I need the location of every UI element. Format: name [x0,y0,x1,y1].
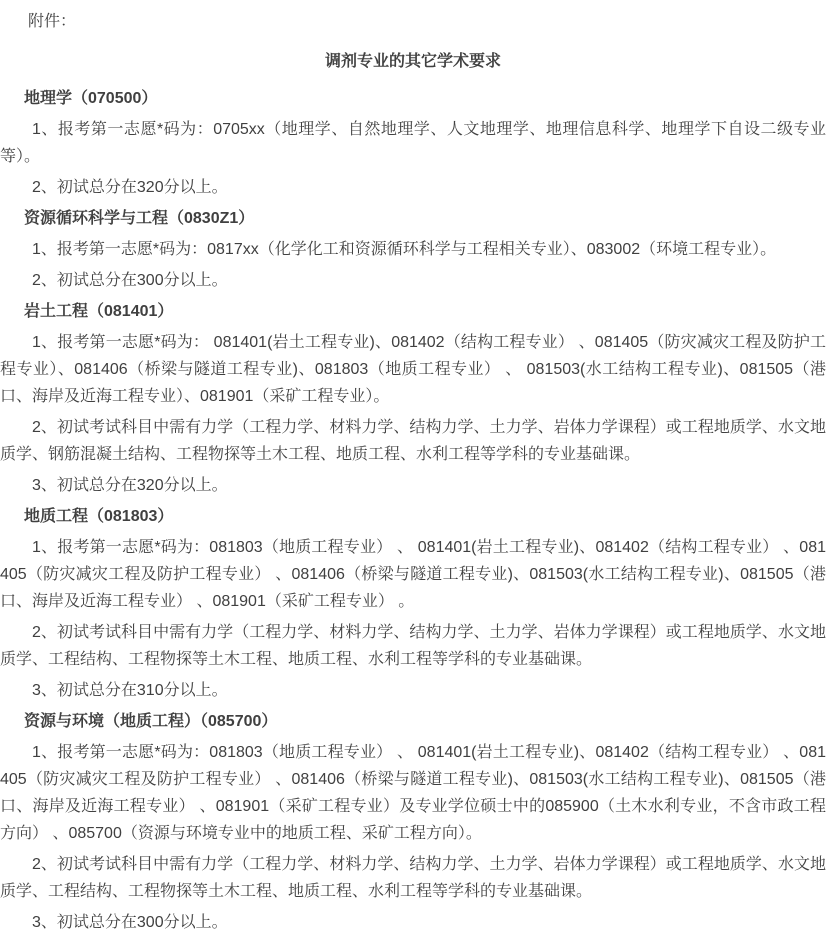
requirement-item: 1、报考第一志愿*码为：081803（地质工程专业） 、 081401(岩土工程… [0,739,826,847]
section-geological-engineering: 地质工程（081803） 1、报考第一志愿*码为：081803（地质工程专业） … [0,503,826,704]
section-heading: 资源与环境（地质工程）（085700） [0,708,826,735]
requirement-item: 2、初试考试科目中需有力学（工程力学、材料力学、结构力学、土力学、岩体力学课程）… [0,619,826,673]
section-resource-recycling: 资源循环科学与工程（0830Z1） 1、报考第一志愿*码为：0817xx（化学化… [0,205,826,294]
requirement-item: 1、报考第一志愿*码为：081803（地质工程专业） 、 081401(岩土工程… [0,534,826,615]
requirement-item: 2、初试总分在320分以上。 [0,174,826,201]
section-heading: 地理学（070500） [0,85,826,112]
section-heading: 岩土工程（081401） [0,298,826,325]
attachment-label: 附件： [0,8,826,35]
requirement-item: 3、初试总分在300分以上。 [0,909,826,936]
requirement-item: 1、报考第一志愿*码为：0705xx（地理学、自然地理学、人文地理学、地理信息科… [0,116,826,170]
section-geotechnical-engineering: 岩土工程（081401） 1、报考第一志愿*码为： 081401(岩土工程专业)… [0,298,826,499]
section-heading: 资源循环科学与工程（0830Z1） [0,205,826,232]
requirement-item: 1、报考第一志愿*码为： 081401(岩土工程专业)、081402（结构工程专… [0,329,826,410]
requirement-item: 2、初试考试科目中需有力学（工程力学、材料力学、结构力学、土力学、岩体力学课程）… [0,414,826,468]
requirement-item: 3、初试总分在310分以上。 [0,677,826,704]
requirement-item: 2、初试考试科目中需有力学（工程力学、材料力学、结构力学、土力学、岩体力学课程）… [0,851,826,905]
section-heading: 地质工程（081803） [0,503,826,530]
requirement-item: 2、初试总分在300分以上。 [0,267,826,294]
requirement-item: 1、报考第一志愿*码为：0817xx（化学化工和资源循环科学与工程相关专业）、0… [0,236,826,263]
requirement-item: 3、初试总分在320分以上。 [0,472,826,499]
document-page: 附件： 调剂专业的其它学术要求 地理学（070500） 1、报考第一志愿*码为：… [0,0,828,944]
section-geography: 地理学（070500） 1、报考第一志愿*码为：0705xx（地理学、自然地理学… [0,85,826,201]
section-resources-and-environment: 资源与环境（地质工程）（085700） 1、报考第一志愿*码为：081803（地… [0,708,826,936]
page-title: 调剂专业的其它学术要求 [0,48,826,75]
